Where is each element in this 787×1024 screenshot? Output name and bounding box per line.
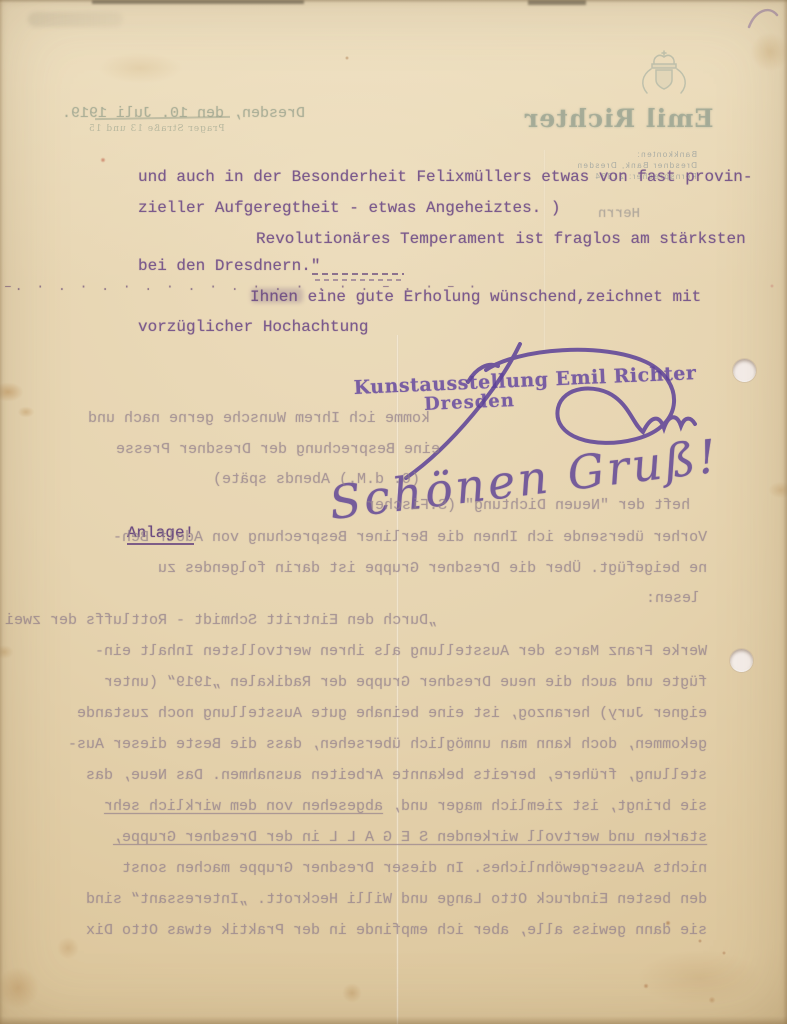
bleedthrough-line: gekommen, doch kann man unmöglich überse… [68, 736, 707, 753]
scan-edge-right [783, 0, 787, 1024]
bleedthrough-line: ne beigefügt. Über die Dresdner Gruppe i… [158, 560, 707, 577]
bleedthrough-line: sie bringt, ist ziemlich mager und, abge… [104, 798, 707, 815]
typed-line: vorzüglicher Hochachtung [138, 318, 368, 336]
corner-ink-mark [745, 3, 781, 33]
bleedthrough-line: den besten Eindruck Otto Lange und Willi… [86, 891, 707, 908]
punch-hole [730, 649, 753, 672]
scan-edge-bottom [0, 1016, 787, 1024]
typed-line: Ihnen eine gute Erholung wünschend,zeich… [250, 288, 701, 306]
bleedthrough-line: stellung, frühere, bereits bekannte Arbe… [86, 767, 707, 784]
overtype-smudge [251, 288, 303, 303]
letterhead-detail-bleedthrough: Bankkonten: [636, 150, 697, 159]
bleedthrough-line: heft der "Neuen Dichtung" (S.Fischer [366, 497, 690, 514]
scan-edge-shadow [92, 0, 304, 4]
punch-hole [733, 359, 756, 382]
scan-edge-shadow [528, 0, 586, 5]
bleedthrough-line: sie dann gewiss alle, aber ich empfinde … [86, 922, 707, 939]
bleedthrough-line: eine Besprechung der Dresdner Presse [116, 441, 440, 458]
bleedthrough-line: eigner Jury) heranzog, ist eine beinahe … [77, 705, 707, 722]
bleedthrough-line: komme ich Ihrem Wunsche gerne nach und [88, 410, 430, 427]
scan-edge-left [0, 0, 3, 1024]
bleedthrough-line: Werke Franz Marcs der Ausstellung als ih… [95, 643, 707, 660]
coat-of-arms-crest-icon [626, 48, 702, 98]
bleedthrough-line: nichts Aussergewöhnliches. In dieser Dre… [122, 860, 707, 877]
bleedthrough-line: lesen: [646, 590, 700, 607]
typed-line: zieller Aufgeregtheit - etwas Angeheizte… [138, 199, 560, 217]
bleedthrough-line: Vorher übersende ich Ihnen die Berliner … [113, 529, 707, 546]
bleedthrough-line: starken und wertvoll wirkenden S E G A L… [113, 829, 707, 846]
bleedthrough-line: (6. d.M.) Abends späte) [213, 471, 420, 488]
bleedthrough-underlined-text: abgesehen von dem wirklich sehr [104, 798, 383, 815]
bleedthrough-text: sie bringt, ist ziemlich mager und, [383, 798, 707, 815]
salutation-bleedthrough: Herrn [598, 206, 640, 222]
bleedthrough-line: fügte und auch die neue Dresdner Gruppe … [104, 674, 707, 691]
typed-line: Revolutionäres Temperament ist fraglos a… [256, 230, 746, 248]
typed-line: und auch in der Besonderheit Felixmüller… [138, 168, 753, 186]
bleedthrough-line: „Durch den Eintritt Schmidt - Rottluffs … [5, 612, 437, 629]
pencil-mark [28, 12, 123, 27]
typed-line: bei den Dresdnern." [138, 257, 320, 275]
scanned-letter-page: Emil Richter Bankkonten: Dresdner Bank, … [0, 0, 787, 1024]
letterhead-name-bleedthrough: Emil Richter [524, 104, 714, 133]
street-address-bleedthrough: Prager Straße 13 und 15 [88, 124, 225, 134]
